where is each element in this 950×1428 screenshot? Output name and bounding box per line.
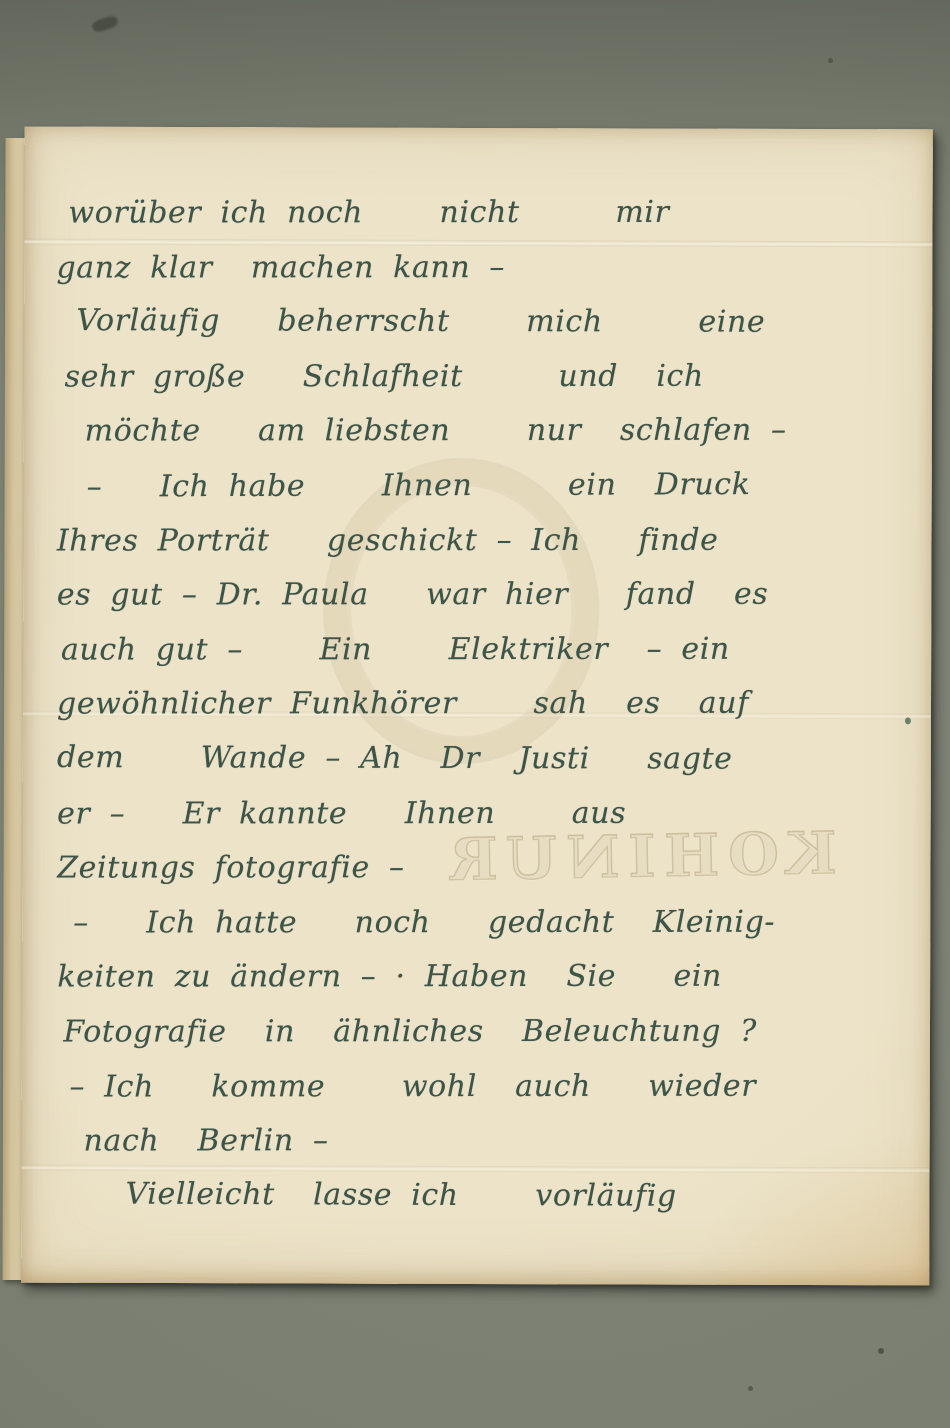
handwritten-line: sehr große Schlafheit und ich xyxy=(57,349,917,405)
handwritten-line: keiten zu ändern – · Haben Sie ein xyxy=(57,950,917,1006)
handwritten-text-block: worüber ich noch nicht mirganz klar mach… xyxy=(56,186,917,1224)
letter-page: KOHINUR worüber ich noch nicht mirganz k… xyxy=(21,127,933,1286)
handwritten-line: Fotografie in ähnliches Beleuchtung ? xyxy=(57,1004,917,1060)
dust-speck xyxy=(748,1386,753,1391)
handwritten-line: nach Berlin – xyxy=(58,1114,918,1170)
handwritten-line: möchte am liebsten nur schlafen – xyxy=(57,404,917,460)
handwritten-line: – Ich hatte noch gedacht Kleinig- xyxy=(57,895,917,951)
dust-speck xyxy=(878,1348,884,1354)
dust-speck xyxy=(828,58,833,63)
dust-smudge xyxy=(91,14,119,33)
handwritten-line: gewöhnlicher Funkhörer sah es auf xyxy=(57,677,917,733)
handwritten-line: – Ich habe Ihnen ein Druck xyxy=(57,457,917,515)
handwritten-line: worüber ich noch nicht mir xyxy=(56,186,916,242)
handwritten-line: Ihres Porträt geschickt – Ich finde xyxy=(57,513,917,569)
handwritten-line: es gut – Dr. Paula war hier fand es xyxy=(57,568,917,624)
handwritten-line: er – Er kannte Ihnen aus xyxy=(57,786,917,842)
handwritten-line: auch gut – Ein Elektriker – ein xyxy=(57,622,917,678)
handwritten-line: – Ich komme wohl auch wieder xyxy=(57,1059,917,1115)
handwritten-line: Zeitungs fotografie – xyxy=(57,841,917,897)
handwritten-line: ganz klar machen kann – xyxy=(56,240,916,296)
handwritten-line: Vielleicht lasse ich vorläufig xyxy=(57,1167,917,1225)
handwritten-line: dem Wande – Ah Dr Justi sagte xyxy=(57,731,917,788)
photo-background: KOHINUR worüber ich noch nicht mirganz k… xyxy=(0,0,950,1428)
handwritten-line: Vorläufig beherrscht mich eine xyxy=(56,294,916,351)
